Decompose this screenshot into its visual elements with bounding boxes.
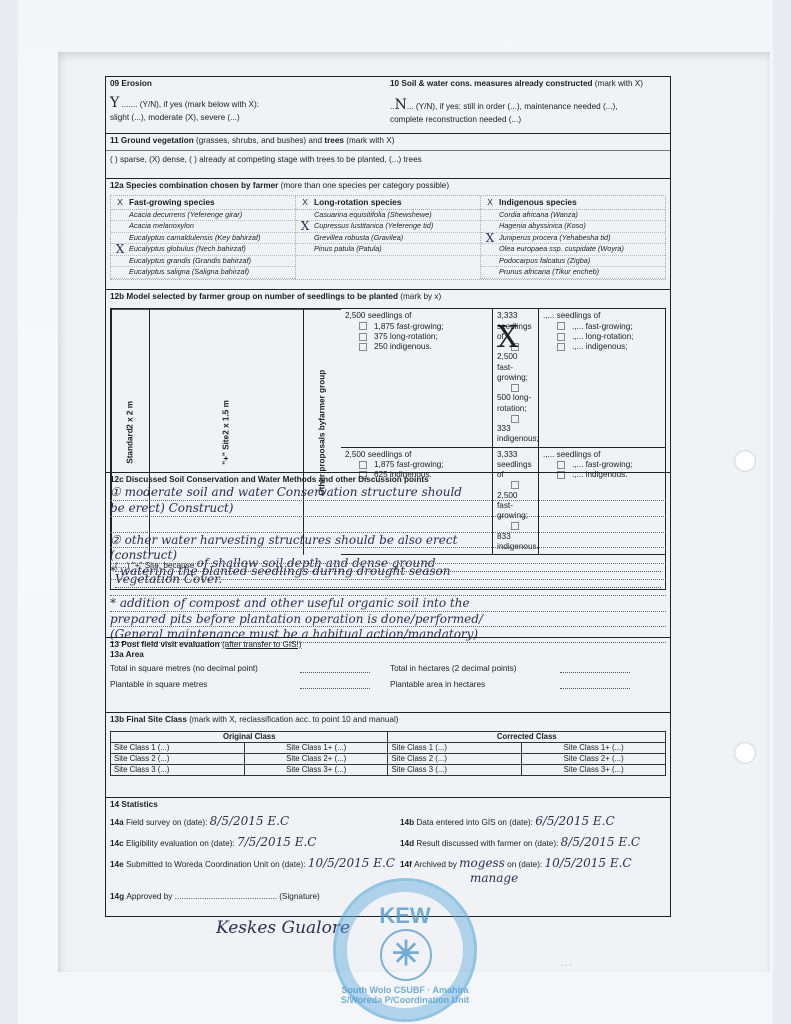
statistic-date-value[interactable]: 10/5/2015 E.C (308, 856, 395, 870)
statistic-label: Approved by (126, 892, 174, 901)
soil-water-title: 10 Soil & water cons. measures already c… (390, 79, 593, 88)
statistic-label: Submitted to Woreda Coordination Unit on… (126, 860, 308, 869)
species-row[interactable]: XJuniperus procera (Yehabesha tid) (481, 233, 665, 245)
species-row[interactable]: Grevillea robusta (Gravilea) (296, 233, 480, 245)
statistics-grid: 14a Field survey on (date): 8/5/2015 E.C… (110, 814, 666, 902)
checkbox-icon[interactable] (557, 343, 565, 351)
species-row[interactable]: Acacia melanoxylon (111, 221, 295, 233)
statistic-14f: 14f Archived by mogess on (date): 10/5/2… (400, 856, 666, 886)
section-ground-vegetation: 11 Ground vegetation (grasses, shrubs, a… (105, 133, 671, 178)
seedling-option[interactable]: .,... indigenous; (543, 342, 661, 352)
section-species: 12a Species combination chosen by farmer… (105, 178, 671, 289)
seedling-option[interactable]: .,... long-rotation; (543, 332, 661, 342)
plantable-ha-label: Plantable area in hectares (390, 680, 560, 690)
species-mark[interactable]: X (481, 233, 499, 244)
signature-label: (Signature) (279, 892, 320, 901)
statistic-code: 14e (110, 860, 126, 869)
site-class-option[interactable]: Site Class 1+ (...) (244, 743, 388, 754)
seedling-option-label: .,... long-rotation; (572, 332, 633, 341)
model-note: (mark by x) (400, 292, 441, 301)
species-row[interactable]: Eucalyptus saligna (Saligna bahirzaf) (111, 267, 295, 279)
species-header-label: Indigenous species (499, 197, 577, 208)
species-row[interactable]: Acacia decurrens (Yeferenge girar) (111, 210, 295, 222)
species-mark[interactable] (111, 256, 129, 267)
statistic-label: Result discussed with farmer on (date): (416, 839, 560, 848)
seedling-option-label: 500 long-rotation; (497, 393, 531, 412)
checkbox-icon[interactable] (557, 333, 565, 341)
species-column: XFast-growing speciesAcacia decurrens (Y… (111, 196, 296, 279)
checkbox-icon[interactable] (359, 461, 367, 469)
site-class-option[interactable]: Site Class 2 (...) (388, 754, 522, 765)
seedling-option[interactable]: .,... fast-growing; (543, 322, 661, 332)
erosion-answer: Y (110, 95, 119, 111)
plantable-ha-field[interactable] (560, 680, 630, 689)
ground-vegetation-title: 11 Ground vegetation (110, 136, 194, 145)
site-class-option[interactable]: Site Class 2 (...) (111, 754, 245, 765)
seedling-option-label: 250 indigenous. (374, 342, 432, 351)
species-mark[interactable] (481, 244, 499, 255)
discussion-line[interactable]: (construct) (110, 548, 666, 564)
total-ha-label: Total in hectares (2 decimal points) (390, 664, 560, 674)
section-site-class: 13b Final Site Class (mark with X, recla… (105, 712, 671, 797)
mark-column-label: X (111, 197, 129, 208)
site-class-option[interactable]: Site Class 2+ (...) (522, 754, 666, 765)
statistic-date-value[interactable]: 6/5/2015 E.C (535, 814, 614, 828)
ground-vegetation-trees: trees (324, 136, 344, 145)
erosion-block: 09 Erosion Y ....... (Y/N), if yes (mark… (110, 79, 390, 125)
site-class-option[interactable]: Site Class 1 (...) (388, 743, 522, 754)
species-row[interactable]: Pinus patula (Patula) (296, 244, 480, 256)
corrected-class-header: Corrected Class (388, 732, 666, 743)
species-name: Prunus africana (Tikur encheb) (499, 267, 599, 278)
seedling-option[interactable]: 375 long-rotation; (345, 332, 488, 342)
punch-hole (734, 450, 756, 472)
soil-water-question: (Y/N), if yes: still in order (...), mai… (416, 102, 618, 111)
total-sqm-field[interactable] (300, 664, 370, 673)
seedling-option-label: .,... indigenous; (572, 342, 628, 351)
species-name: Pinus patula (Patula) (314, 244, 382, 255)
site-class-note: (mark with X, reclassification acc. to p… (189, 715, 398, 724)
species-column: XIndigenous speciesCordia africana (Wanz… (481, 196, 665, 279)
statistic-date-value[interactable]: 7/5/2015 E.C (237, 835, 316, 849)
seedling-option[interactable]: 500 long-rotation; (497, 383, 534, 414)
statistic-code: 14c (110, 839, 126, 848)
species-name: Grevillea robusta (Gravilea) (314, 233, 403, 244)
plantable-sqm-label: Plantable in square metres (110, 680, 300, 690)
signature-field[interactable]: ........................................… (175, 892, 280, 901)
site-class-option[interactable]: Site Class 1+ (...) (522, 743, 666, 754)
soil-water-question2: complete reconstruction needed (...) (390, 115, 666, 125)
discussion-line[interactable]: * watering the planted seedlings during … (110, 564, 666, 580)
soil-water-block: 10 Soil & water cons. measures already c… (390, 79, 666, 125)
statistic-label: Data entered into GIS on (date): (416, 818, 535, 827)
area-title: 13a Area (110, 650, 666, 660)
plantable-sqm-field[interactable] (300, 680, 370, 689)
species-mark[interactable]: X (111, 244, 129, 255)
discussion-line[interactable] (110, 580, 666, 596)
site-class-option[interactable]: Site Class 3 (...) (111, 765, 245, 776)
checkbox-icon[interactable] (557, 322, 565, 330)
species-row[interactable]: XEucalyptus globulus (Nech bahirzaf) (111, 244, 295, 256)
species-column-header: XLong-rotation species (296, 196, 480, 210)
species-row[interactable]: Cordia africana (Wanza) (481, 210, 665, 222)
seedling-option-label: .,... fast-growing; (572, 460, 633, 469)
seedling-option-label: .,... fast-growing; (572, 322, 633, 331)
total-ha-field[interactable] (560, 664, 630, 673)
mark-column-label: X (296, 197, 314, 208)
area-fields: Total in square metres (no decimal point… (110, 664, 666, 691)
species-row[interactable]: Podocarpus falcatus (Zigba) (481, 256, 665, 268)
standard-option-a[interactable]: 2,500 seedlings of1,875 fast-growing;375… (341, 309, 493, 447)
seedling-option[interactable]: 250 indigenous. (345, 342, 488, 352)
species-table: XFast-growing speciesAcacia decurrens (Y… (110, 195, 666, 280)
species-mark[interactable] (296, 233, 314, 244)
seedling-option[interactable]: 1,875 fast-growing; (345, 322, 488, 332)
species-row[interactable]: XCupressus lustitanica (Yeferenge tid) (296, 221, 480, 233)
species-name: Acacia melanoxylon (129, 221, 194, 232)
discussion-line[interactable] (110, 517, 666, 533)
statistic-14c: 14c Eligibility evaluation on (date): 7/… (110, 835, 400, 850)
statistic-label: Eligibility evaluation on (date): (126, 839, 237, 848)
signatory-name: Keskes Gualore (216, 918, 350, 938)
species-note: (more than one species per category poss… (281, 181, 449, 190)
seedling-option-label: 375 long-rotation; (374, 332, 438, 341)
species-name: Hagenia abyssinica (Koso) (499, 221, 586, 232)
statistic-code: 14f (400, 860, 414, 869)
erosion-title: 09 Erosion (110, 79, 390, 89)
statistic-14e: 14e Submitted to Woreda Coordination Uni… (110, 856, 400, 886)
species-mark[interactable] (481, 256, 499, 267)
erosion-options: slight (...), moderate (X), severe (...) (110, 113, 390, 123)
seedling-option[interactable]: .,... fast-growing; (543, 460, 661, 470)
species-mark[interactable] (111, 210, 129, 221)
discussion-notes[interactable]: ① moderate soil and water Conservation s… (110, 485, 666, 643)
seedling-option[interactable]: 333 indigenous; (497, 414, 534, 445)
statistic-label: Field survey on (date): (126, 818, 210, 827)
ground-vegetation-note: (mark with X) (346, 136, 394, 145)
discussion-line[interactable]: * addition of compost and other useful o… (110, 596, 666, 612)
statistics-title: 14 Statistics (110, 800, 666, 810)
seedling-option-label: 1,875 fast-growing; (374, 460, 444, 469)
checkbox-icon[interactable] (359, 322, 367, 330)
section-statistics: 14 Statistics 14a Field survey on (date)… (105, 797, 671, 917)
species-header-label: Long-rotation species (314, 197, 401, 208)
species-mark[interactable] (481, 210, 499, 221)
discussion-line[interactable]: prepared pits before plantation operatio… (110, 612, 666, 628)
site-class-option[interactable]: Site Class 3+ (...) (522, 765, 666, 776)
species-row[interactable]: Eucalyptus camaldulensis (Key bahirzaf) (111, 233, 295, 245)
discussion-line[interactable]: be erect) Construct) (110, 501, 666, 517)
section-erosion-soil-water: 09 Erosion Y ....... (Y/N), if yes (mark… (105, 76, 671, 133)
seedling-count-label: .,... seedlings of (543, 311, 661, 321)
soil-water-answer: N (395, 97, 407, 113)
statistic-date-value[interactable]: 10/5/2015 E.C (544, 856, 631, 870)
species-column-header: XIndigenous species (481, 196, 665, 210)
section-discussion: 12c Discussed Soil Conservation and Wate… (105, 472, 671, 637)
species-name: Cupressus lustitanica (Yeferenge tid) (314, 221, 433, 232)
species-name: Acacia decurrens (Yeferenge girar) (129, 210, 242, 221)
seedling-count-label: .,... seedlings of (543, 450, 661, 460)
species-mark[interactable] (111, 221, 129, 232)
species-name: Eucalyptus camaldulensis (Key bahirzaf) (129, 233, 260, 244)
species-name: Juniperus procera (Yehabesha tid) (499, 233, 611, 244)
statistic-date-value[interactable]: 8/5/2015 E.C (210, 814, 289, 828)
erosion-question: (Y/N), if yes (mark below with X): (140, 100, 259, 109)
statistic-label: Archived by (414, 860, 459, 869)
site-class-option[interactable]: Site Class 3+ (...) (244, 765, 388, 776)
seedling-option-label: 333 indigenous; (497, 424, 539, 443)
checkbox-icon[interactable] (557, 461, 565, 469)
section-post-eval: 13 Post field visit evaluation (after tr… (105, 637, 671, 712)
post-eval-note: (after transfer to GIS!) (222, 640, 302, 649)
statistic-code: 14g (110, 892, 126, 901)
statistic-14b: 14b Data entered into GIS on (date): 6/5… (400, 814, 666, 829)
seedling-option[interactable]: 1,875 fast-growing; (345, 460, 488, 470)
bleed-through-text: ... (560, 955, 572, 970)
archived-by-value[interactable]: mogess (459, 856, 505, 870)
soil-water-note: (mark with X) (595, 79, 643, 88)
site-class-table: Original ClassCorrected ClassSite Class … (110, 731, 666, 776)
species-row[interactable]: Eucalyptus grandis (Grandis bahirzaf) (111, 256, 295, 268)
site-class-option[interactable]: Site Class 2+ (...) (244, 754, 388, 765)
total-sqm-label: Total in square metres (no decimal point… (110, 664, 300, 674)
statistic-14a: 14a Field survey on (date): 8/5/2015 E.C (110, 814, 400, 829)
statistic-14d: 14d Result discussed with farmer on (dat… (400, 835, 666, 850)
statistic-code: 14a (110, 818, 126, 827)
species-row[interactable]: Olea europaea ssp. cuspidate (Woyra) (481, 244, 665, 256)
site-class-title: 13b Final Site Class (110, 715, 187, 724)
discussion-line[interactable]: ② other water harvesting structures shou… (110, 533, 666, 549)
species-mark[interactable] (296, 244, 314, 255)
statistic-code: 14d (400, 839, 416, 848)
species-header-label: Fast-growing species (129, 197, 215, 208)
species-name: Casuarina equisitifolia (Shewshewe) (314, 210, 432, 221)
species-name: Eucalyptus grandis (Grandis bahirzaf) (129, 256, 251, 267)
species-name: Cordia africana (Wanza) (499, 210, 578, 221)
species-mark[interactable]: X (296, 221, 314, 232)
statistic-code: 14b (400, 818, 416, 827)
species-column-header: XFast-growing species (111, 196, 295, 210)
species-name: Eucalyptus globulus (Nech bahirzaf) (129, 244, 246, 255)
statistic-label: on (date): (505, 860, 545, 869)
archived-role: manage (470, 871, 666, 886)
ground-vegetation-options: ( ) sparse, (X) dense, ( ) already at co… (106, 150, 670, 165)
seedling-count-label: 2,500 seedlings of (345, 311, 488, 321)
plus-site-option-a[interactable]: 3,333 seedlings of2,500 fast-growing;500… (493, 309, 539, 447)
ground-vegetation-mid: (grasses, shrubs, and bushes) and (196, 136, 322, 145)
site-class-option[interactable]: Site Class 3 (...) (388, 765, 522, 776)
species-row[interactable]: Prunus africana (Tikur encheb) (481, 267, 665, 279)
species-title: 12a Species combination chosen by farmer (110, 181, 278, 190)
species-mark[interactable] (111, 267, 129, 278)
model-title: 12b Model selected by farmer group on nu… (110, 292, 398, 301)
original-class-header: Original Class (111, 732, 388, 743)
species-name: Podocarpus falcatus (Zigba) (499, 256, 590, 267)
punch-hole (734, 742, 756, 764)
site-assessment-form: 09 Erosion Y ....... (Y/N), if yes (mark… (105, 76, 671, 917)
site-class-option[interactable]: Site Class 1 (...) (111, 743, 245, 754)
species-mark[interactable] (481, 267, 499, 278)
checkbox-icon[interactable] (359, 333, 367, 341)
discussion-line[interactable]: ① moderate soil and water Conservation s… (110, 485, 666, 501)
species-row[interactable]: Casuarina equisitifolia (Shewshewe) (296, 210, 480, 222)
mark-column-label: X (481, 197, 499, 208)
species-name: Eucalyptus saligna (Saligna bahirzaf) (129, 267, 249, 278)
discussion-title: 12c Discussed Soil Conservation and Wate… (110, 475, 666, 485)
species-name: Olea europaea ssp. cuspidate (Woyra) (499, 244, 624, 255)
statistic-date-value[interactable]: 8/5/2015 E.C (561, 835, 640, 849)
species-row[interactable]: Hagenia abyssinica (Koso) (481, 221, 665, 233)
section-model: 12b Model selected by farmer group on nu… (105, 289, 671, 472)
handwritten-x-mark: X (497, 319, 518, 357)
checkbox-icon[interactable] (511, 384, 519, 392)
checkbox-icon[interactable] (511, 415, 519, 423)
species-column: XLong-rotation speciesCasuarina equisiti… (296, 196, 481, 279)
statistic-14g: 14g Approved by ........................… (110, 892, 400, 902)
checkbox-icon[interactable] (359, 343, 367, 351)
other-option-a[interactable]: .,... seedlings of.,... fast-growing;.,.… (539, 309, 665, 447)
seedling-count-label: 2,500 seedlings of (345, 450, 488, 460)
seedling-option-label: 1,875 fast-growing; (374, 322, 444, 331)
post-eval-title: 13 Post field visit evaluation (110, 640, 220, 649)
